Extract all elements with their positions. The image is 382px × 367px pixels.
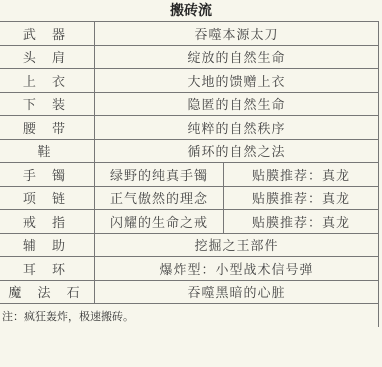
table-row: 魔 法 石 吞噬黑暗的心脏 <box>0 280 379 304</box>
table-title: 搬砖流 <box>0 0 382 22</box>
table-row: 辅 助 挖掘之王部件 <box>0 233 379 257</box>
slot-label: 魔 法 石 <box>0 280 95 304</box>
table-row: 耳 环 爆炸型：小型战术信号弹 <box>0 257 379 281</box>
table-row: 项 链 正气傲然的理念 贴膜推荐：真龙 <box>0 186 379 210</box>
slot-label: 下 装 <box>0 92 95 116</box>
equipment-table: 武 器 吞噬本源太刀 头 肩 绽放的自然生命 上 衣 大地的馈赠上衣 下 装 隐… <box>0 21 379 327</box>
slot-label: 项 链 <box>0 186 95 210</box>
item-name: 大地的馈赠上衣 <box>95 69 379 93</box>
item-note: 贴膜推荐：真龙 <box>224 163 379 187</box>
table-row: 腰 带 纯粹的自然秩序 <box>0 116 379 140</box>
slot-label: 头 肩 <box>0 45 95 69</box>
slot-label: 鞋 <box>0 139 95 163</box>
item-name: 纯粹的自然秩序 <box>95 116 379 140</box>
item-name: 吞噬本源太刀 <box>95 22 379 46</box>
item-name: 吞噬黑暗的心脏 <box>95 280 379 304</box>
table-row: 戒 指 闪耀的生命之戒 贴膜推荐：真龙 <box>0 210 379 234</box>
table-row: 武 器 吞噬本源太刀 <box>0 22 379 46</box>
slot-label: 腰 带 <box>0 116 95 140</box>
table-row: 上 衣 大地的馈赠上衣 <box>0 69 379 93</box>
slot-label: 辅 助 <box>0 233 95 257</box>
item-note: 贴膜推荐：真龙 <box>224 210 379 234</box>
footnote-row: 注：疯狂轰炸，极速搬砖。 <box>0 304 379 328</box>
footnote: 注：疯狂轰炸，极速搬砖。 <box>0 304 379 328</box>
item-name: 隐匿的自然生命 <box>95 92 379 116</box>
slot-label: 上 衣 <box>0 69 95 93</box>
table-row: 鞋 循环的自然之法 <box>0 139 379 163</box>
slot-label: 戒 指 <box>0 210 95 234</box>
slot-label: 耳 环 <box>0 257 95 281</box>
item-name: 挖掘之王部件 <box>95 233 379 257</box>
slot-label: 武 器 <box>0 22 95 46</box>
item-name: 正气傲然的理念 <box>95 186 224 210</box>
item-name: 绿野的纯真手镯 <box>95 163 224 187</box>
slot-label: 手 镯 <box>0 163 95 187</box>
item-note: 贴膜推荐：真龙 <box>224 186 379 210</box>
item-name: 绽放的自然生命 <box>95 45 379 69</box>
table-row: 下 装 隐匿的自然生命 <box>0 92 379 116</box>
table-row: 头 肩 绽放的自然生命 <box>0 45 379 69</box>
table-row: 手 镯 绿野的纯真手镯 贴膜推荐：真龙 <box>0 163 379 187</box>
item-name: 爆炸型：小型战术信号弹 <box>95 257 379 281</box>
item-name: 循环的自然之法 <box>95 139 379 163</box>
item-name: 闪耀的生命之戒 <box>95 210 224 234</box>
